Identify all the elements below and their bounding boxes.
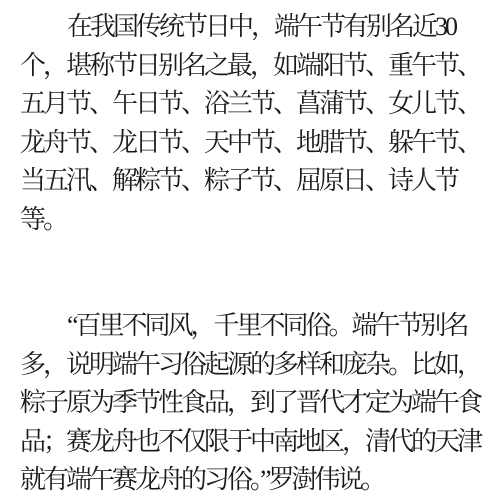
paragraph-line: 等。 xyxy=(20,201,484,240)
paragraph-line: 龙舟节、龙日节、天中节、地腊节、躲午节、 xyxy=(20,124,484,163)
paragraph-quote: “百里不同风，千里不同俗。端午节别名 多，说明端午习俗起源的多样和庞杂。比如， … xyxy=(20,307,484,500)
paragraph-line: 多，说明端午习俗起源的多样和庞杂。比如， xyxy=(20,346,484,385)
paragraph-line: 品；赛龙舟也不仅限于中南地区，清代的天津 xyxy=(20,423,484,462)
paragraph-line: 就有端午赛龙舟的习俗。”罗澍伟说。 xyxy=(20,461,484,500)
paragraph-line: 五月节、午日节、浴兰节、菖蒲节、女儿节、 xyxy=(20,85,484,124)
article-page: 在我国传统节日中，端午节有别名近30 个，堪称节日别名之最，如端阳节、重午节、 … xyxy=(0,0,502,500)
paragraph-festival-names: 在我国传统节日中，端午节有别名近30 个，堪称节日别名之最，如端阳节、重午节、 … xyxy=(20,8,484,239)
paragraph-line: 当五汛、解粽节、粽子节、屈原日、诗人节 xyxy=(20,162,484,201)
paragraph-line: 粽子原为季节性食品，到了晋代才定为端午食 xyxy=(20,384,484,423)
paragraph-line: 在我国传统节日中，端午节有别名近30 xyxy=(20,8,484,47)
paragraph-line: “百里不同风，千里不同俗。端午节别名 xyxy=(20,307,484,346)
paragraph-line: 个，堪称节日别名之最，如端阳节、重午节、 xyxy=(20,47,484,86)
